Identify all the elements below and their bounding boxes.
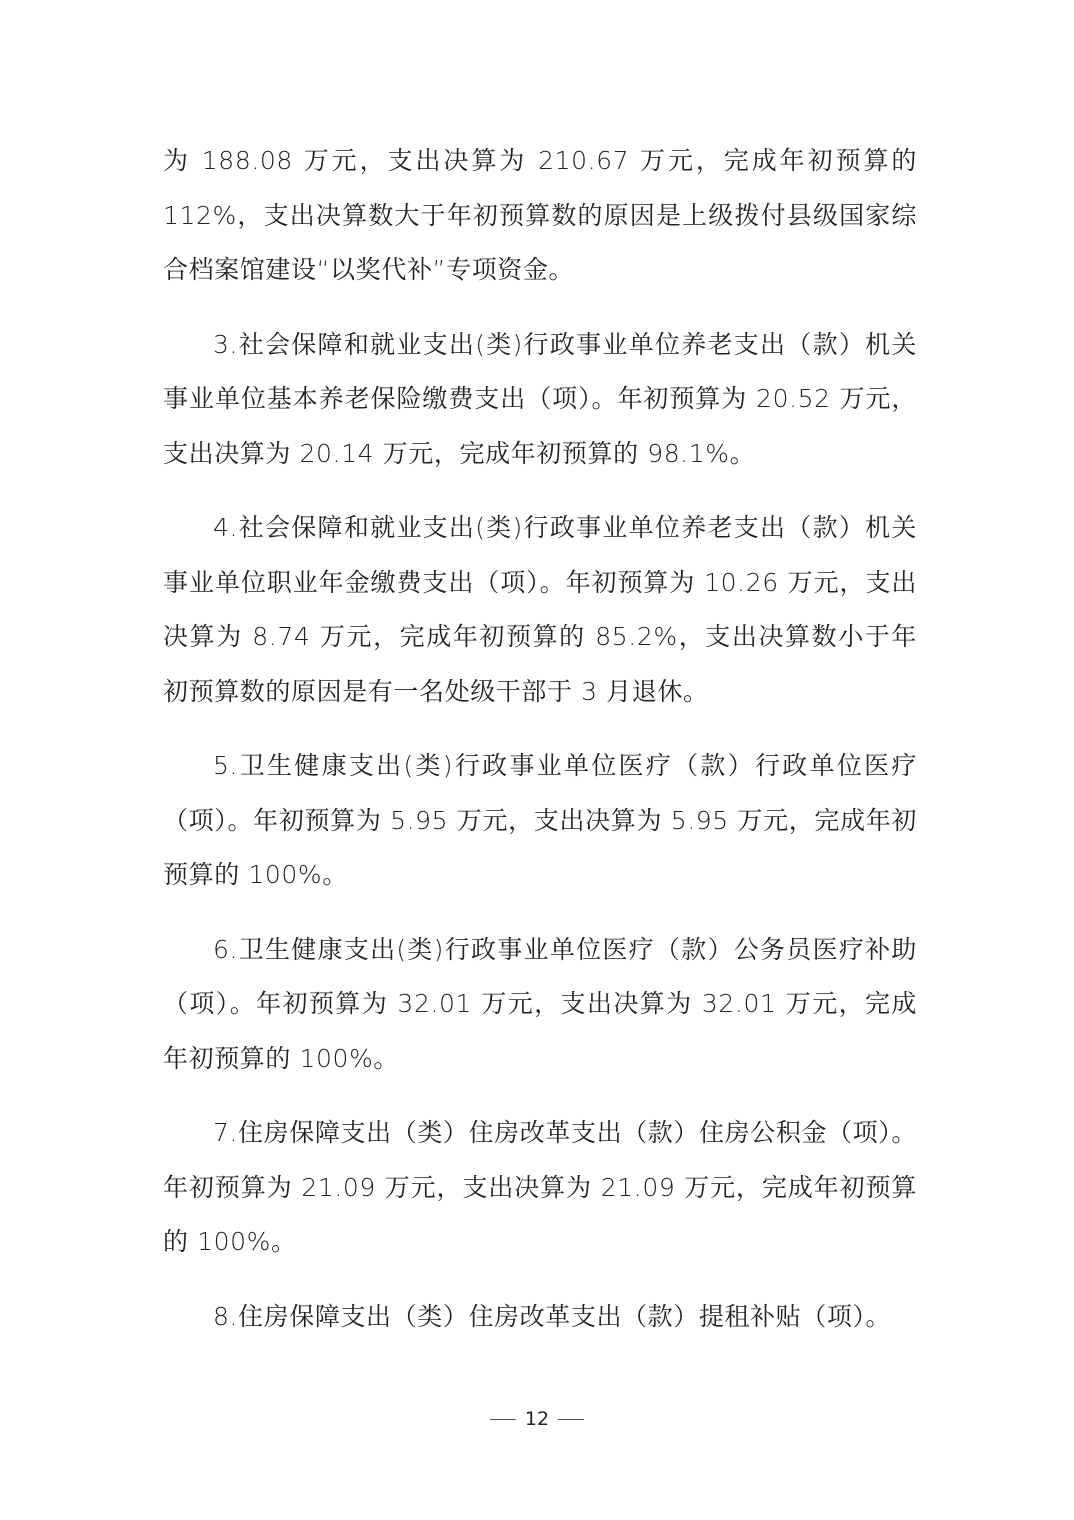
left-dash [490,1419,516,1420]
page-number: 12 [525,1408,549,1430]
paragraph-continued: 为 188.08 万元，支出决算为 210.67 万元，完成年初预算的 112%… [163,134,917,298]
paragraph-item-4: 4.社会保障和就业支出(类)行政事业单位养老支出（款）机关事业单位职业年金缴费支… [163,501,917,719]
paragraph-item-3: 3.社会保障和就业支出(类)行政事业单位养老支出（款）机关事业单位基本养老保险缴… [163,318,917,482]
paragraph-item-6: 6.卫生健康支出(类)行政事业单位医疗（款）公务员医疗补助（项）。年初预算为 3… [163,923,917,1087]
right-dash [558,1419,584,1420]
paragraph-item-7: 7.住房保障支出（类）住房改革支出（款）住房公积金（项）。年初预算为 21.09… [163,1106,917,1270]
paragraph-item-8: 8.住房保障支出（类）住房改革支出（款）提租补贴（项）。 [163,1290,917,1345]
page-footer: 12 [0,1408,1074,1430]
paragraph-item-5: 5.卫生健康支出(类)行政事业单位医疗（款）行政单位医疗（项）。年初预算为 5.… [163,739,917,903]
document-page: 为 188.08 万元，支出决算为 210.67 万元，完成年初预算的 112%… [0,0,1074,1520]
body-text: 为 188.08 万元，支出决算为 210.67 万元，完成年初预算的 112%… [163,134,917,1364]
